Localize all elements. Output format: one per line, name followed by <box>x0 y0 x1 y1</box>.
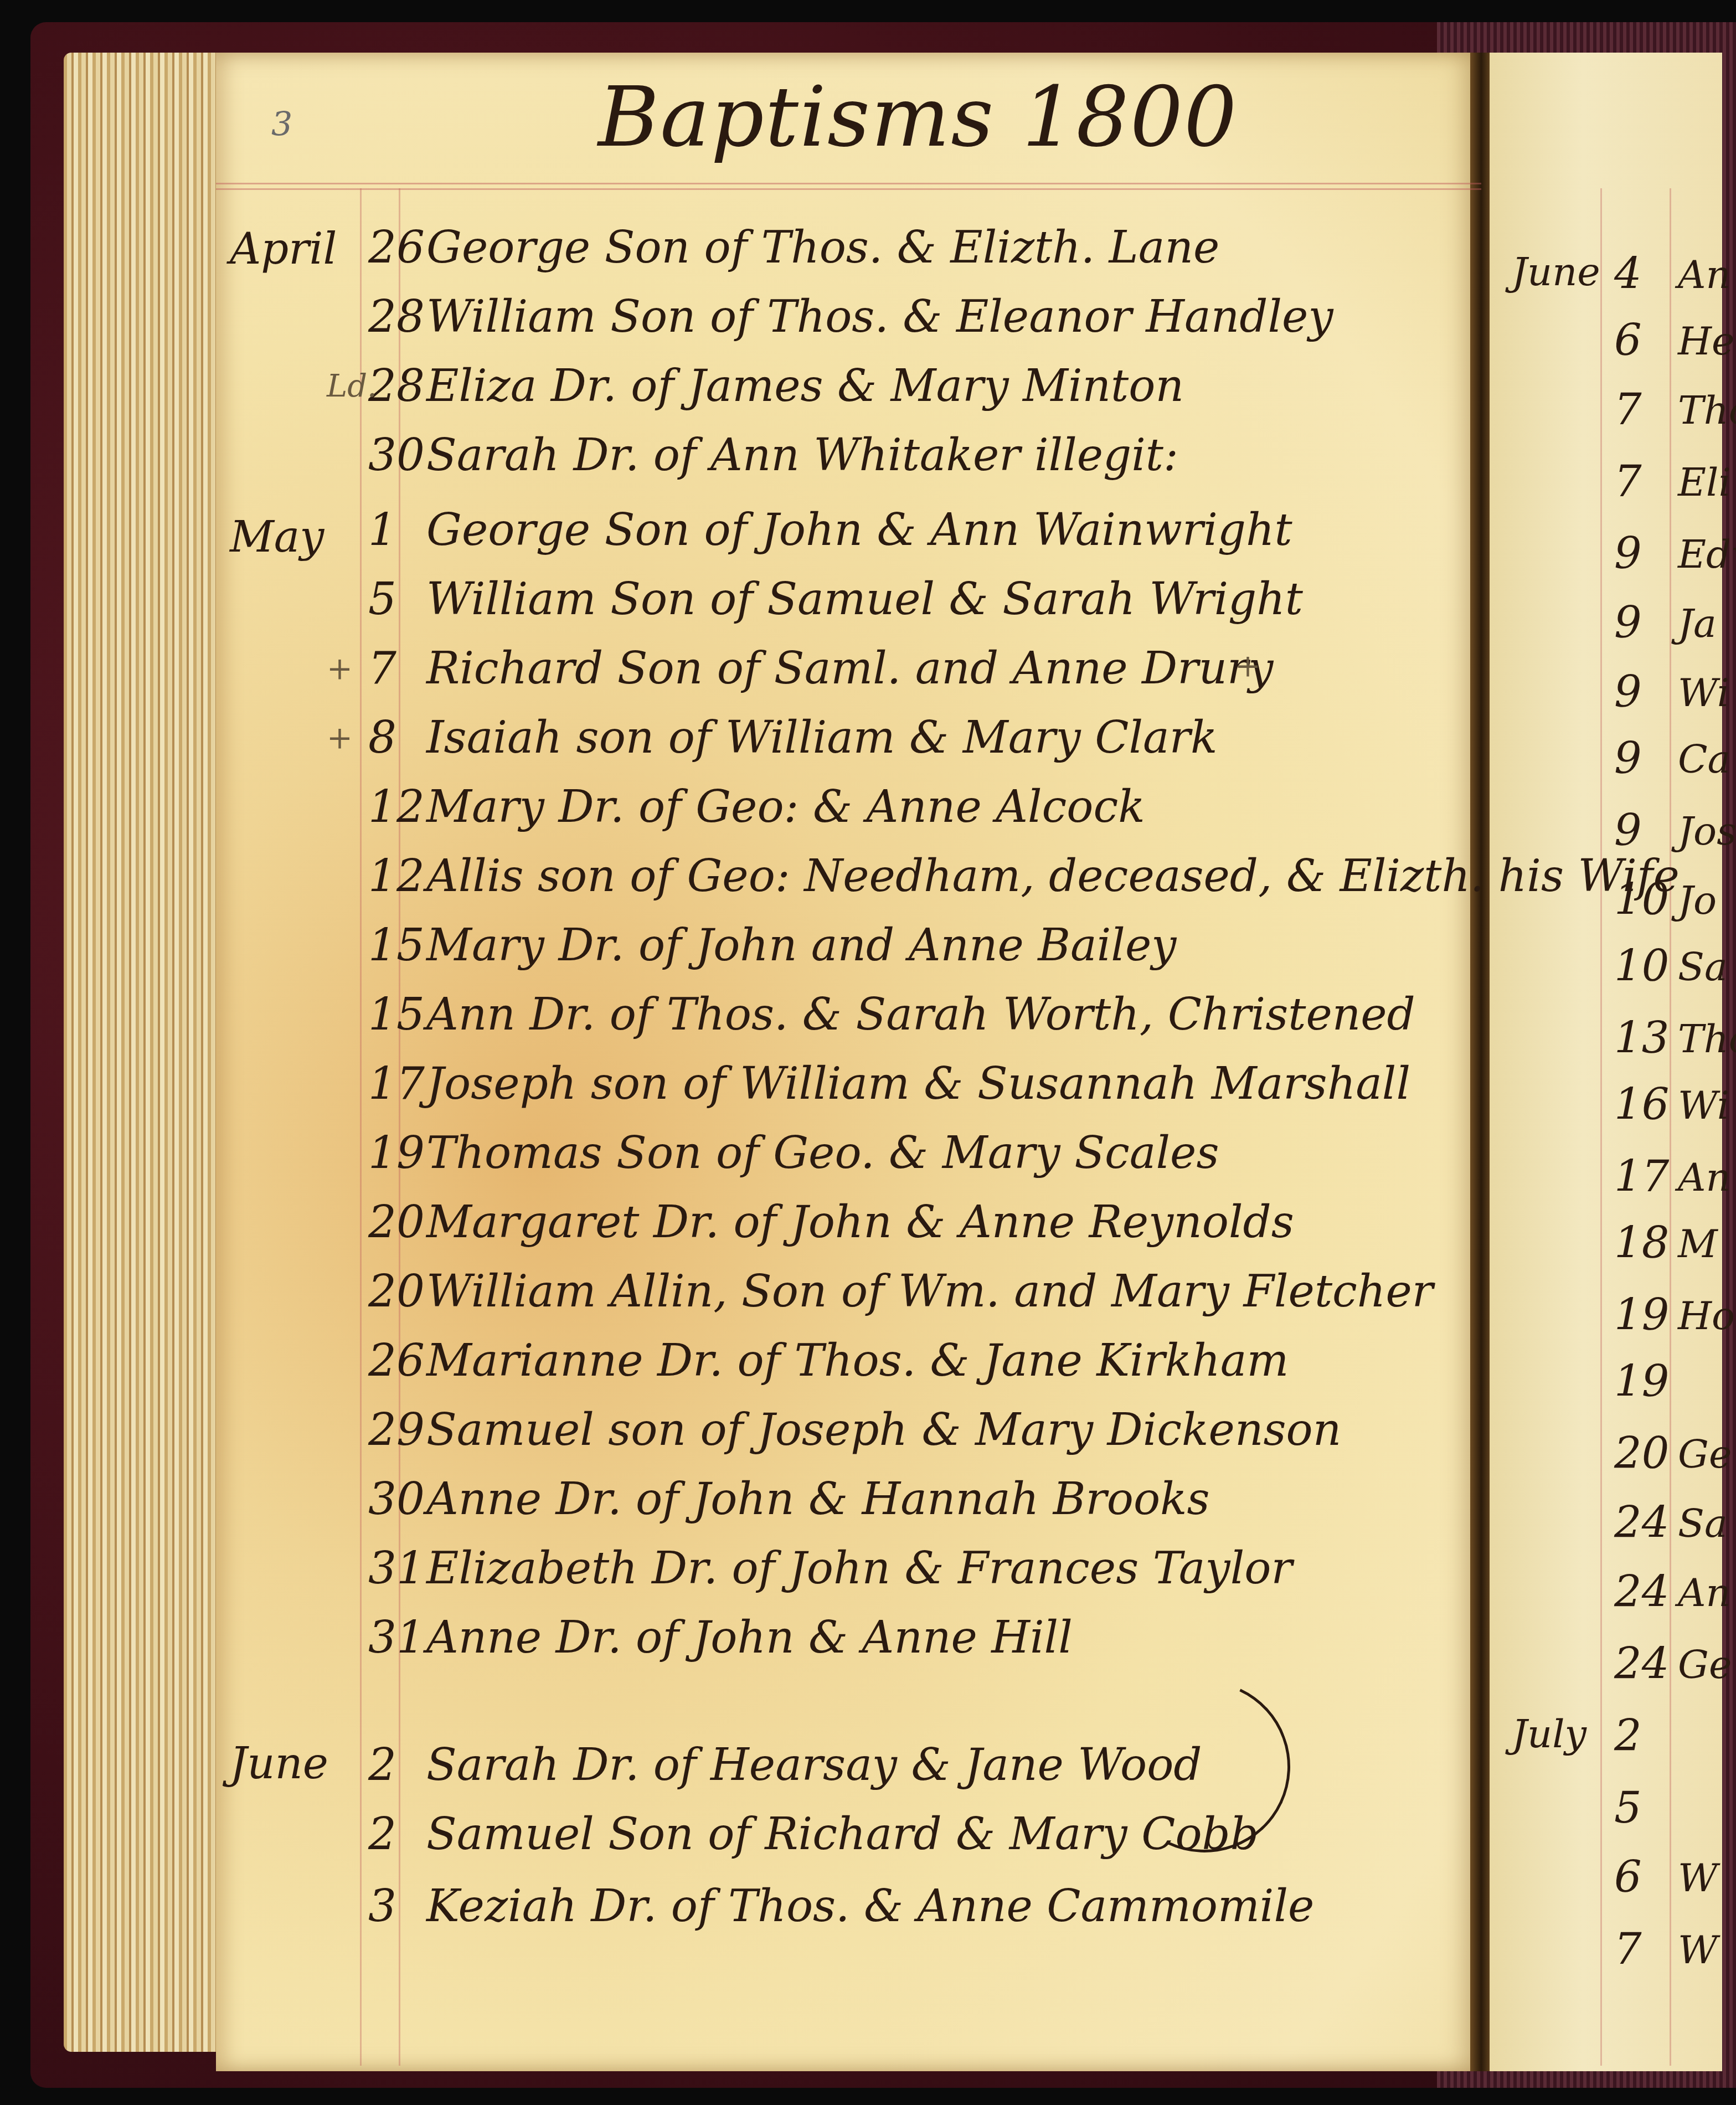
entry-day: 10 <box>1614 875 1669 925</box>
entry-day: 12 <box>368 781 426 832</box>
register-entry: 15Ann Dr. of Thos. & Sarah Worth, Christ… <box>368 989 1415 1040</box>
entry-day: 10 <box>1614 941 1669 991</box>
entry-text-truncated: M <box>1678 1221 1718 1267</box>
entry-day: 5 <box>1614 1783 1642 1833</box>
entry-text: Thomas Son of Geo. & Mary Scales <box>426 1127 1219 1178</box>
entry-day: 24 <box>1614 1498 1669 1548</box>
entry-text-truncated: Tho <box>1678 1016 1736 1062</box>
entry-text: Keziah Dr. of Thos. & Anne Cammomile <box>426 1880 1314 1932</box>
register-entry: 20William Allin, Son of Wm. and Mary Fle… <box>368 1265 1433 1317</box>
register-entry: 30Anne Dr. of John & Hannah Brooks <box>368 1473 1210 1525</box>
entry-text: Joseph son of William & Susannah Marshal… <box>426 1058 1410 1109</box>
entry-text-truncated: Eli <box>1678 460 1731 505</box>
entry-text-truncated: An <box>1678 252 1731 297</box>
entry-day: 31 <box>368 1612 426 1663</box>
register-entry: 31Elizabeth Dr. of John & Frances Taylor <box>368 1542 1292 1594</box>
entry-day: 28 <box>368 291 426 342</box>
entry-day: 19 <box>368 1127 426 1178</box>
register-entry: 26Marianne Dr. of Thos. & Jane Kirkham <box>368 1335 1289 1386</box>
register-entry: 1George Son of John & Ann Wainwright <box>368 504 1292 555</box>
entry-day: 16 <box>1614 1080 1669 1130</box>
entry-day: 20 <box>1614 1429 1669 1479</box>
register-entry: 12Allis son of Geo: Needham, deceased, &… <box>368 850 1680 902</box>
entry-day: 20 <box>368 1265 426 1317</box>
entry-day: 19 <box>1614 1357 1669 1407</box>
month-label: June <box>1512 249 1600 295</box>
entry-text: George Son of John & Ann Wainwright <box>426 504 1292 555</box>
entry-text-truncated: Ja <box>1678 601 1717 646</box>
entry-text: Mary Dr. of Geo: & Anne Alcock <box>426 781 1145 832</box>
entry-text-truncated: Jos <box>1678 809 1736 854</box>
entry-day: 13 <box>1614 1013 1669 1063</box>
entry-text: Anne Dr. of John & Hannah Brooks <box>426 1473 1210 1525</box>
entry-day: 29 <box>368 1404 426 1455</box>
register-entry: 2Samuel Son of Richard & Mary Cobb <box>368 1808 1259 1860</box>
entry-text: Sarah Dr. of Ann Whitaker illegit: <box>426 429 1178 481</box>
entry-day: 7 <box>1614 385 1642 435</box>
p2-day-column-rule <box>1670 188 1671 2066</box>
entry-text-truncated: Ca <box>1678 737 1730 782</box>
register-entry: 5William Son of Samuel & Sarah Wright <box>368 573 1303 625</box>
month-label: July <box>1512 1711 1586 1757</box>
entry-day: 15 <box>368 919 426 971</box>
register-entry: 30Sarah Dr. of Ann Whitaker illegit: <box>368 429 1178 481</box>
entry-day: 7 <box>368 642 426 694</box>
entry-text-truncated: Tho <box>1678 388 1736 433</box>
entry-day: 30 <box>368 1473 426 1525</box>
entry-day: 31 <box>368 1542 426 1594</box>
entry-day: 26 <box>368 222 426 273</box>
entry-day: 12 <box>368 850 426 902</box>
entry-day: 24 <box>1614 1567 1669 1617</box>
entry-day: 3 <box>368 1880 426 1932</box>
entry-text: Marianne Dr. of Thos. & Jane Kirkham <box>426 1335 1289 1386</box>
entry-text-truncated: W <box>1678 1927 1718 1973</box>
entry-day: 9 <box>1614 598 1642 648</box>
entry-text: Sarah Dr. of Hearsay & Jane Wood <box>426 1739 1202 1790</box>
entry-day: 19 <box>1614 1290 1669 1340</box>
entry-text-truncated: Sa <box>1678 944 1728 990</box>
register-entry: 29Samuel son of Joseph & Mary Dickenson <box>368 1404 1341 1455</box>
entry-text-truncated: W <box>1678 1855 1718 1901</box>
book-gutter <box>1470 53 1492 2071</box>
entry-day: 24 <box>1614 1639 1669 1689</box>
entry-text-truncated: An <box>1678 1570 1731 1615</box>
entry-text-truncated: Ho <box>1678 1293 1735 1339</box>
entry-day: 2 <box>1614 1711 1642 1761</box>
margin-annotation: + <box>327 651 353 687</box>
entry-text-truncated: Jo <box>1678 878 1717 923</box>
entry-day: 2 <box>368 1808 426 1860</box>
entry-text-truncated: Ge <box>1678 1642 1732 1687</box>
entry-day: 6 <box>1614 316 1642 366</box>
register-entry: 3Keziah Dr. of Thos. & Anne Cammomile <box>368 1880 1314 1932</box>
entry-text: Richard Son of Saml. and Anne Drury <box>426 642 1273 694</box>
entry-text: Ann Dr. of Thos. & Sarah Worth, Christen… <box>426 989 1415 1040</box>
entry-text: Isaiah son of William & Mary Clark <box>426 712 1217 763</box>
register-entry: 26George Son of Thos. & Elizth. Lane <box>368 222 1219 273</box>
month-label: April <box>230 224 337 274</box>
entry-day: 7 <box>1614 457 1642 507</box>
header-rule <box>216 183 1481 184</box>
register-entry: 20Margaret Dr. of John & Anne Reynolds <box>368 1196 1294 1248</box>
entry-text: Margaret Dr. of John & Anne Reynolds <box>426 1196 1294 1248</box>
entry-day: 17 <box>368 1058 426 1109</box>
entry-day: 6 <box>1614 1852 1642 1902</box>
register-entry: 28Eliza Dr. of James & Mary Minton <box>368 360 1184 411</box>
register-entry: 17Joseph son of William & Susannah Marsh… <box>368 1058 1410 1109</box>
register-entry: 7Richard Son of Saml. and Anne Drury <box>368 642 1273 694</box>
entry-text-truncated: Ge <box>1678 1432 1732 1477</box>
entry-text-truncated: Hen <box>1678 318 1736 364</box>
entry-text-truncated: Edw <box>1678 532 1736 577</box>
entry-day: 1 <box>368 504 426 555</box>
entry-text: William Allin, Son of Wm. and Mary Fletc… <box>426 1265 1433 1317</box>
register-entry: 12Mary Dr. of Geo: & Anne Alcock <box>368 781 1145 832</box>
margin-annotation: + <box>327 720 353 756</box>
page-title: Baptisms 1800 <box>598 69 1238 166</box>
pencil-page-number: 3 <box>271 105 292 144</box>
p2-month-column-rule <box>1600 188 1602 2066</box>
register-entry: 15Mary Dr. of John and Anne Bailey <box>368 919 1177 971</box>
entry-text-truncated: Wi <box>1678 1083 1729 1128</box>
entry-day: 9 <box>1614 734 1642 784</box>
entry-text-truncated: Wi <box>1678 670 1729 716</box>
entry-text: Anne Dr. of John & Anne Hill <box>426 1612 1073 1663</box>
entry-day: 4 <box>1614 249 1642 299</box>
entry-text: Allis son of Geo: Needham, deceased, & E… <box>426 850 1680 902</box>
entry-text: Elizabeth Dr. of John & Frances Taylor <box>426 1542 1292 1594</box>
entry-day: 8 <box>368 712 426 763</box>
entry-text: Samuel son of Joseph & Mary Dickenson <box>426 1404 1341 1455</box>
register-entry: 28William Son of Thos. & Eleanor Handley <box>368 291 1333 342</box>
entry-text: George Son of Thos. & Elizth. Lane <box>426 222 1219 273</box>
register-entry: 2Sarah Dr. of Hearsay & Jane Wood <box>368 1739 1202 1790</box>
page-edges <box>64 53 224 2052</box>
entry-day: 7 <box>1614 1924 1642 1974</box>
month-label: May <box>230 512 324 562</box>
entry-day: 26 <box>368 1335 426 1386</box>
entry-text-truncated: An <box>1678 1155 1731 1200</box>
entry-day: 20 <box>368 1196 426 1248</box>
month-column-rule <box>360 188 362 2066</box>
entry-day: 15 <box>368 989 426 1040</box>
entry-text: Eliza Dr. of James & Mary Minton <box>426 360 1184 411</box>
register-entry: 8Isaiah son of William & Mary Clark <box>368 712 1217 763</box>
entry-text-truncated: Sa <box>1678 1501 1728 1546</box>
margin-cross-mark: + <box>1235 648 1261 684</box>
entry-text: William Son of Samuel & Sarah Wright <box>426 573 1303 625</box>
entry-day: 18 <box>1614 1218 1669 1268</box>
entry-day: 2 <box>368 1739 426 1790</box>
month-label: June <box>230 1739 328 1789</box>
entry-text: Mary Dr. of John and Anne Bailey <box>426 919 1177 971</box>
register-entry: 31Anne Dr. of John & Anne Hill <box>368 1612 1073 1663</box>
entry-day: 9 <box>1614 806 1642 856</box>
entry-text: William Son of Thos. & Eleanor Handley <box>426 291 1333 342</box>
entry-day: 5 <box>368 573 426 625</box>
margin-annotation: Ld. <box>327 368 377 404</box>
entry-day: 30 <box>368 429 426 481</box>
entry-day: 9 <box>1614 667 1642 717</box>
entry-day: 9 <box>1614 529 1642 579</box>
register-entry: 19Thomas Son of Geo. & Mary Scales <box>368 1127 1219 1178</box>
entry-day: 17 <box>1614 1152 1669 1202</box>
header-rule-2 <box>216 188 1481 190</box>
